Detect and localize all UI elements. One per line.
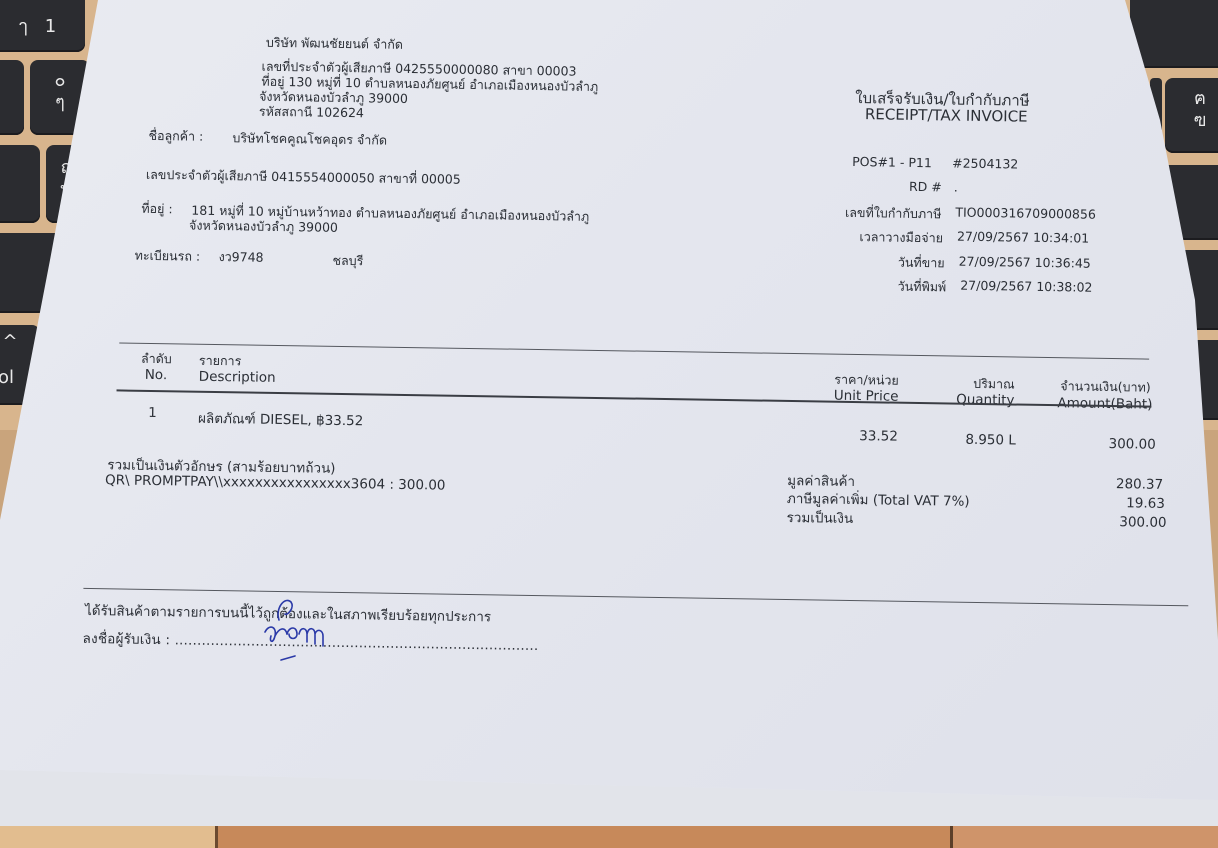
pos-number: #2504132 [952, 156, 1018, 172]
rd-label: RD # [842, 178, 942, 195]
document-title-en: RECEIPT/TAX INVOICE [865, 105, 1028, 126]
subtotal-value: 280.37 [1057, 475, 1163, 493]
col-description-en: Description [199, 369, 276, 386]
station-code: รหัสสถานี 102624 [259, 102, 364, 124]
tax-invoice-label: เลขที่ใบกำกับภาษี [791, 202, 941, 224]
customer-address-line2: จังหวัดหนองบัวลำภู 39000 [189, 216, 338, 238]
row-no: 1 [148, 405, 157, 421]
print-date-value: 27/09/2567 10:38:02 [960, 278, 1092, 295]
seller-name: บริษัท พัฒนชัยยนต์ จำกัด [266, 33, 403, 55]
receipt-document: บริษัท พัฒนชัยยนต์ จำกัด เลขที่ประจำตัวผ… [0, 0, 1218, 810]
vat-value: 19.63 [1057, 494, 1165, 512]
vehicle-province: ชลบุรี [332, 251, 363, 271]
col-no-en: No. [145, 367, 168, 383]
handwritten-signature [255, 590, 335, 670]
total-value: 300.00 [1056, 513, 1166, 531]
total-label: รวมเป็นเงิน [786, 506, 853, 529]
table-top-rule [119, 342, 1149, 359]
pos-label: POS#1 - P11 [852, 154, 932, 170]
row-amount: 300.00 [1038, 435, 1156, 453]
sale-date-value: 27/09/2567 10:36:45 [959, 254, 1091, 271]
vehicle-label: ทะเบียนรถ : [134, 246, 200, 267]
payment-line: QR\ PROMPTPAY\\xxxxxxxxxxxxxxxx3604 : 30… [105, 472, 446, 493]
customer-name-label: ชื่อลูกค้า : [148, 126, 203, 147]
sale-date-label: วันที่ขาย [790, 251, 944, 273]
customer-tax-id: เลขประจำตัวผู้เสียภาษี 0415554000050 สาข… [146, 165, 461, 190]
row-unit-price: 33.52 [798, 427, 898, 445]
row-description: ผลิตภัณฑ์ DIESEL, ฿33.52 [198, 407, 364, 432]
row-quantity: 8.950 L [918, 431, 1016, 449]
tax-invoice-number: TIO000316709000856 [955, 205, 1096, 222]
rd-value: . [954, 180, 958, 195]
customer-name: บริษัทโชคคูณโชคอุดร จำกัด [232, 128, 387, 150]
dispense-time-label: เวลาวางมือจ่าย [791, 226, 943, 248]
signature-ink [265, 600, 323, 660]
vehicle-plate: งว9748 [218, 247, 263, 268]
customer-address-label: ที่อยู่ : [141, 199, 173, 219]
print-date-label: วันที่พิมพ์ [790, 275, 946, 297]
col-quantity-en: Quantity [918, 391, 1014, 409]
dispense-time-value: 27/09/2567 10:34:01 [957, 229, 1089, 246]
